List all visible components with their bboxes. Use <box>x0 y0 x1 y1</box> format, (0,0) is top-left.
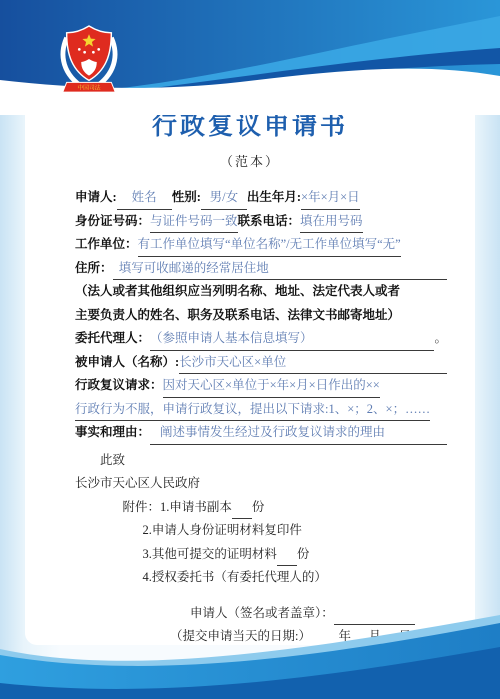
form-text: 2.申请人身份证明材料复印件 <box>143 519 302 543</box>
form-text: 附件：1.申请书副本 <box>123 496 232 520</box>
emblem-small-star <box>78 48 81 51</box>
form-text: 3.其他可提交的证明材料 <box>143 543 277 567</box>
form-line: 申请人:姓名性别:男/女出生年月:×年×月×日 <box>75 186 447 210</box>
field-label: 住所： <box>75 257 113 281</box>
field-value: 男/女 <box>201 186 247 210</box>
document-card: 行政复议申请书 （范本） 申请人:姓名性别:男/女出生年月:×年×月×日身份证号… <box>25 58 475 645</box>
footer-wave <box>0 609 500 699</box>
field-label: 工作单位： <box>75 233 138 257</box>
field-label: 委托代理人： <box>75 327 150 351</box>
form-text: 。 <box>434 327 447 351</box>
form-line: 3.其他可提交的证明材料份 <box>75 543 447 567</box>
justice-emblem: 中国司法 <box>55 22 123 100</box>
form-line: 4.授权委托书（有委托代理人的） <box>75 566 447 590</box>
field-value: （参照申请人基本信息填写） <box>150 327 313 351</box>
form-line: 行政复议请求：因对天心区×单位于×年×月×日作出的×× <box>75 374 447 398</box>
blank-underline <box>313 327 435 351</box>
form-text: 4.授权委托书（有委托代理人的） <box>143 566 327 590</box>
field-label: 行政复议请求： <box>75 374 163 398</box>
blank-underline <box>232 496 252 520</box>
blank-underline <box>277 543 297 567</box>
field-value: 有工作单位填写“单位名称”/无工作单位填写“无” <box>138 233 401 257</box>
form-text: 份 <box>252 496 265 520</box>
field-value: 行政行为不服，申请行政复议，提出以下请求:1、×；2、×；…… <box>75 398 430 422</box>
field-value: 与证件号码一致 <box>150 210 238 234</box>
field-label: 性别: <box>172 186 201 210</box>
form-line: 住所：填写可收邮递的经常居住地 <box>75 257 447 281</box>
emblem-small-star <box>97 48 100 51</box>
field-value: ×年×月×日 <box>301 186 360 210</box>
field-label: 申请人: <box>75 186 117 210</box>
document-subtitle: （范本） <box>25 151 475 170</box>
field-value: 阐述事情发生经过及行政复议请求的理由 <box>150 421 447 445</box>
poster-page: 行政复议申请书 （范本） 申请人:姓名性别:男/女出生年月:×年×月×日身份证号… <box>0 0 500 699</box>
field-value: 长沙市天心区×单位 <box>179 351 447 375</box>
emblem-banner-text: 中国司法 <box>77 84 100 92</box>
form-line: 长沙市天心区人民政府 <box>75 472 447 496</box>
field-value: 填在用号码 <box>300 210 363 234</box>
form-line: 委托代理人：（参照申请人基本信息填写）。 <box>75 327 447 351</box>
field-value: 填写可收邮递的经常居住地 <box>113 257 447 281</box>
form-line: 主要负责人的姓名、职务及联系电话、法律文书邮寄地址） <box>75 304 447 328</box>
field-label: 联系电话： <box>238 210 301 234</box>
form-line: （法人或者其他组织应当列明名称、地址、法定代表人或者 <box>75 280 447 304</box>
form-text: 长沙市天心区人民政府 <box>75 472 200 496</box>
field-label: 被申请人（名称）: <box>75 351 179 375</box>
field-value: 姓名 <box>117 186 172 210</box>
form-text: 份 <box>297 543 310 567</box>
form-line: 此致 <box>75 449 447 473</box>
emblem-small-star <box>83 51 86 54</box>
form-line: 2.申请人身份证明材料复印件 <box>75 519 447 543</box>
field-label: 事实和理由： <box>75 421 150 445</box>
field-label: 主要负责人的姓名、职务及联系电话、法律文书邮寄地址） <box>75 304 400 328</box>
field-label: 身份证号码： <box>75 210 150 234</box>
form-line: 工作单位：有工作单位填写“单位名称”/无工作单位填写“无” <box>75 233 447 257</box>
emblem-small-star <box>92 51 95 54</box>
form-line: 附件：1.申请书副本份 <box>75 496 447 520</box>
field-label: （法人或者其他组织应当列明名称、地址、法定代表人或者 <box>75 280 400 304</box>
form-line: 身份证号码：与证件号码一致联系电话：填在用号码 <box>75 210 447 234</box>
form-text: 此致 <box>100 449 125 473</box>
field-label: 出生年月: <box>247 186 301 210</box>
field-value: 因对天心区×单位于×年×月×日作出的×× <box>163 374 380 398</box>
form-line: 行政行为不服，申请行政复议，提出以下请求:1、×；2、×；…… <box>75 398 447 422</box>
form-line: 事实和理由：阐述事情发生经过及行政复议请求的理由 <box>75 421 447 445</box>
form-body: 申请人:姓名性别:男/女出生年月:×年×月×日身份证号码：与证件号码一致联系电话… <box>25 186 475 649</box>
form-line: 被申请人（名称）:长沙市天心区×单位 <box>75 351 447 375</box>
